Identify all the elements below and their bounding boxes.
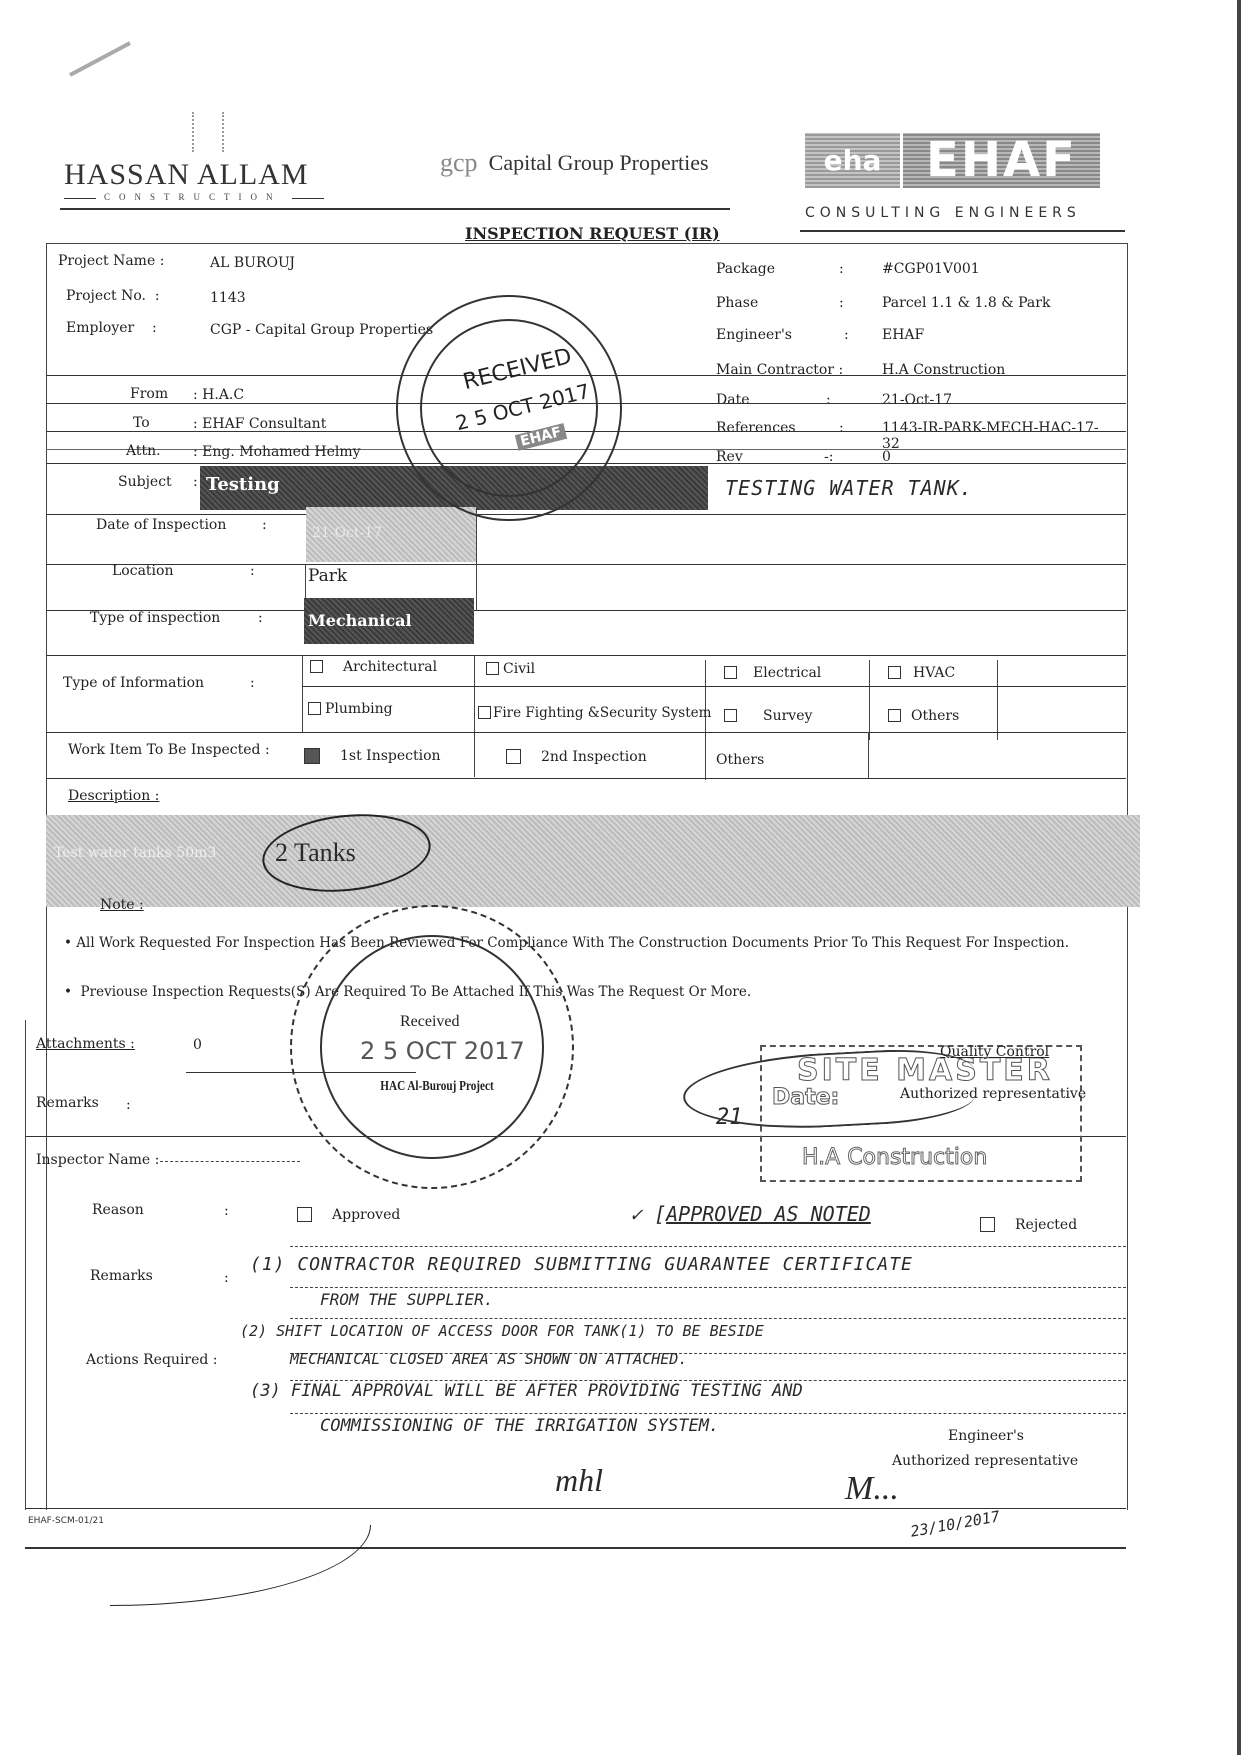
logo-left-sub: CONSTRUCTION [104, 192, 282, 202]
checkbox-icon[interactable] [478, 706, 491, 719]
actions-required-label: Actions Required : [86, 1352, 218, 1368]
checkbox-icon[interactable] [888, 709, 901, 722]
from-label: From [130, 386, 168, 402]
remark-line-2: FROM THE SUPPLIER. [320, 1290, 493, 1309]
work-item-others: Others [716, 752, 764, 768]
description-value: Test water tanks 50m3 [54, 845, 216, 861]
logo-left-name: HASSAN ALLAM [64, 158, 309, 192]
attachments-value: 0 [193, 1037, 202, 1053]
description-label: Description : [68, 788, 159, 804]
type-of-information-label: Type of Information [63, 675, 204, 691]
engineer-title: Engineer's [948, 1428, 1024, 1444]
checkbox-icon[interactable] [506, 749, 521, 764]
checkbox-icon[interactable] [888, 666, 901, 679]
checkbox-electrical[interactable]: Electrical [724, 662, 821, 681]
logo-right-name: EHAF [903, 133, 1100, 188]
approved-as-noted-handwritten: ✓ [APPROVED AS NOTED [630, 1202, 871, 1226]
checkbox-icon[interactable] [724, 666, 737, 679]
location-value: Park [308, 566, 347, 586]
checkbox-checked-icon[interactable] [304, 748, 320, 764]
checkbox-hvac[interactable]: HVAC [888, 662, 955, 681]
attachments-label: Attachments : [36, 1036, 135, 1052]
checkbox-icon[interactable] [724, 709, 737, 722]
hac-stamp-date: 2 5 OCT 2017 [360, 1037, 525, 1065]
ehaf-mark-icon: eha [805, 133, 900, 188]
subject-value: Testing [206, 474, 280, 495]
checkbox-fire-fighting[interactable]: Fire Fighting &Security System [478, 702, 711, 721]
work-item-label: Work Item To Be Inspected : [68, 742, 270, 758]
page-title: INSPECTION REQUEST (IR) [465, 224, 720, 243]
form-code: EHAF-SCM-01/21 [28, 1516, 104, 1526]
logo-mid-name: Capital Group Properties [489, 150, 709, 175]
checkbox-icon[interactable] [486, 662, 499, 675]
checkbox-others[interactable]: Others [888, 705, 959, 724]
checkbox-2nd-inspection[interactable]: 2nd Inspection [506, 746, 647, 765]
project-no-label: Project No. : [66, 288, 160, 304]
type-of-inspection-label: Type of inspection [90, 610, 220, 626]
checkbox-icon[interactable] [980, 1217, 995, 1232]
to-value: : EHAF Consultant [193, 416, 326, 432]
cgp-mark-icon: gcp [440, 148, 478, 178]
remarks-top-label: Remarks [36, 1095, 99, 1111]
remark-line-4: MECHANICAL CLOSED AREA AS SHOWN ON ATTAC… [290, 1350, 687, 1368]
checkbox-plumbing[interactable]: Plumbing [308, 698, 393, 717]
project-name-label: Project Name : [58, 253, 164, 269]
to-label: To [133, 415, 150, 431]
scan-mark [69, 41, 131, 76]
remark-line-1: (1) CONTRACTOR REQUIRED SUBMITTING GUARA… [250, 1254, 913, 1275]
project-name-value: AL BUROUJ [210, 255, 295, 271]
note-label: Note : [100, 897, 144, 913]
description-box: Test water tanks 50m3 [46, 815, 1140, 907]
attn-label: Attn. [126, 443, 161, 459]
checkbox-icon[interactable] [310, 660, 323, 673]
stamp-bottom: H.A Construction [802, 1145, 987, 1170]
logo-hassan-allam: HASSAN ALLAM CONSTRUCTION [64, 110, 364, 205]
logo-capital-group: gcp Capital Group Properties [440, 148, 709, 178]
engineer-rep: Authorized representative [892, 1453, 1078, 1469]
type-of-inspection-value: Mechanical [308, 611, 412, 630]
scan-edge [1237, 0, 1241, 1755]
subject-label: Subject [118, 474, 172, 490]
date-of-inspection-label: Date of Inspection [96, 517, 226, 533]
checkbox-1st-inspection[interactable]: 1st Inspection [304, 745, 441, 764]
remark-line-6: COMMISSIONING OF THE IRRIGATION SYSTEM. [320, 1416, 719, 1436]
checkbox-approved[interactable]: Approved [297, 1204, 400, 1223]
subject-handwritten: TESTING WATER TANK. [725, 476, 973, 500]
remark-line-5: (3) FINAL APPROVAL WILL BE AFTER PROVIDI… [250, 1381, 803, 1401]
checkbox-civil[interactable]: Civil [486, 658, 535, 677]
from-value: : H.A.C [193, 387, 244, 403]
hac-stamp-title: Received [400, 1013, 460, 1031]
subject-sep: : [193, 474, 198, 490]
location-label: Location [112, 563, 173, 579]
pen-stroke [110, 1525, 371, 1606]
engineer-signature: M... [845, 1470, 899, 1508]
engineer-remarks-label: Remarks [90, 1268, 153, 1284]
checkbox-rejected[interactable]: Rejected [980, 1214, 1077, 1233]
type-of-inspection-box: Mechanical [304, 598, 474, 644]
checkbox-icon[interactable] [297, 1207, 312, 1222]
employer-label: Employer : [66, 320, 157, 336]
date-of-inspection-value: 21-Oct-17 [312, 525, 382, 541]
checkbox-survey[interactable]: Survey [724, 705, 812, 724]
logo-ehaf: eha EHAF CONSULTING ENGINEERS [805, 133, 1100, 225]
employer-value: CGP - Capital Group Properties [210, 322, 433, 338]
handwritten-check-icon: ✓ [ [630, 1202, 666, 1226]
hac-stamp-org: HAC Al-Burouj Project [377, 1079, 497, 1095]
engineer-signature-date: 23/10/2017 [909, 1507, 1001, 1540]
checkbox-icon[interactable] [308, 702, 321, 715]
note-item-1: • All Work Requested For Inspection Has … [64, 935, 1069, 951]
attn-value: : Eng. Mohamed Helmy [193, 444, 361, 460]
inspector-name-label: Inspector Name : [36, 1152, 159, 1168]
logo-right-sub: CONSULTING ENGINEERS [805, 205, 1081, 221]
engineer-initials-signature: mhl [555, 1462, 603, 1499]
description-handwritten: 2 Tanks [275, 838, 356, 868]
date-of-inspection-box: 21-Oct-17 [306, 507, 476, 562]
ehaf-received-stamp: RECEIVED 2 5 OCT 2017 EHAF [396, 295, 622, 521]
remark-line-3: (2) SHIFT LOCATION OF ACCESS DOOR FOR TA… [240, 1322, 764, 1340]
checkbox-architectural[interactable]: Architectural [310, 656, 437, 675]
reason-label: Reason [92, 1202, 144, 1218]
hassan-allam-mark-icon [192, 112, 224, 152]
project-no-value: 1143 [210, 290, 246, 306]
hac-received-stamp: Received 2 5 OCT 2017 HAC Al-Burouj Proj… [290, 905, 574, 1189]
